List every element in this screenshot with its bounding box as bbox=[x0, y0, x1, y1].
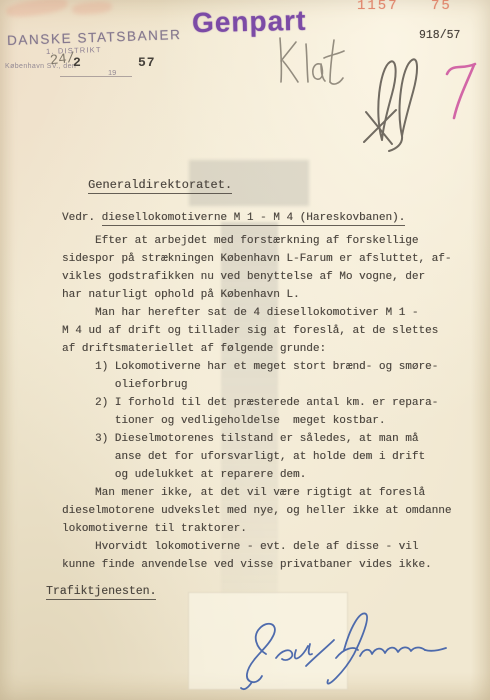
letter-line: Efter at arbejdet med forstærkning af fo… bbox=[62, 232, 472, 250]
machine-stamp-number: 75 bbox=[431, 0, 452, 14]
handwritten-note-klat bbox=[272, 30, 348, 90]
subject-line: Vedr. diesellokomotiverne M 1 - M 4 (Har… bbox=[62, 209, 472, 227]
closing-text: Trafiktjenesten. bbox=[46, 585, 156, 600]
ink-bleed-mark bbox=[5, 0, 68, 19]
machine-stamp-number: 1157 bbox=[357, 0, 399, 14]
letter-line: 3) Dieselmotorenes tilstand er således, … bbox=[62, 430, 472, 448]
subject-text: diesellokomotiverne M 1 - M 4 (Hareskovb… bbox=[102, 212, 406, 226]
typed-year: 57 bbox=[138, 55, 156, 70]
letter-line: vikles godstrafikken nu ved benyttelse a… bbox=[62, 268, 472, 286]
letter-line: af driftsmateriellet af følgende grunde: bbox=[62, 340, 472, 358]
date-rule bbox=[60, 76, 132, 77]
closing-line: Trafiktjenesten. bbox=[46, 583, 472, 601]
handwritten-number-7 bbox=[444, 60, 480, 122]
letter-line: M 4 ud af drift og tillader sig at fores… bbox=[62, 322, 472, 340]
letter-line: sidespor på strækningen København L-Faru… bbox=[62, 250, 472, 268]
handwritten-initials bbox=[356, 48, 441, 153]
letter-line: Man har herefter sat de 4 diesellokomoti… bbox=[62, 304, 472, 322]
letter-line: tioner og vedligeholdelse meget kostbar. bbox=[62, 412, 472, 430]
letter-line: Hvorvidt lokomotiverne - evt. dele af di… bbox=[62, 538, 472, 556]
letter-line: har naturligt ophold på København L. bbox=[62, 286, 472, 304]
letter-line: 2) I forhold til det præsterede antal km… bbox=[62, 394, 472, 412]
letter-line: olieforbrug bbox=[62, 376, 472, 394]
scanned-letter-page: Genpart 1157 75 918/57 bbox=[0, 0, 490, 700]
letter-line: kunne finde anvendelse ved visse privatb… bbox=[62, 556, 472, 574]
ink-bleed-mark bbox=[72, 0, 113, 15]
printed-year-prefix: 19 bbox=[108, 68, 116, 77]
letter-line: 1) Lokomotiverne har et meget stort bræn… bbox=[62, 358, 472, 376]
handwritten-date: 24/ bbox=[49, 51, 76, 70]
signature bbox=[236, 606, 448, 694]
letter-line: og udelukket at reparere dem. bbox=[62, 466, 472, 484]
letter-line: dieselmotorene udvekslet med nye, og hel… bbox=[62, 502, 472, 520]
letter-line: Man mener ikke, at det vil være rigtigt … bbox=[62, 484, 472, 502]
subject-prefix: Vedr. bbox=[62, 212, 102, 224]
letter-line: anse det for uforsvarligt, at holde dem … bbox=[62, 448, 472, 466]
typed-date-digit: 2 bbox=[73, 55, 81, 70]
letter-body: Generaldirektoratet. Vedr. diesellokomot… bbox=[62, 176, 472, 601]
recipient-line: Generaldirektoratet. bbox=[62, 176, 472, 194]
journal-number: 918/57 bbox=[419, 29, 460, 42]
recipient-text: Generaldirektoratet. bbox=[88, 178, 232, 194]
letter-line: lokomotiverne til traktorer. bbox=[62, 520, 472, 538]
